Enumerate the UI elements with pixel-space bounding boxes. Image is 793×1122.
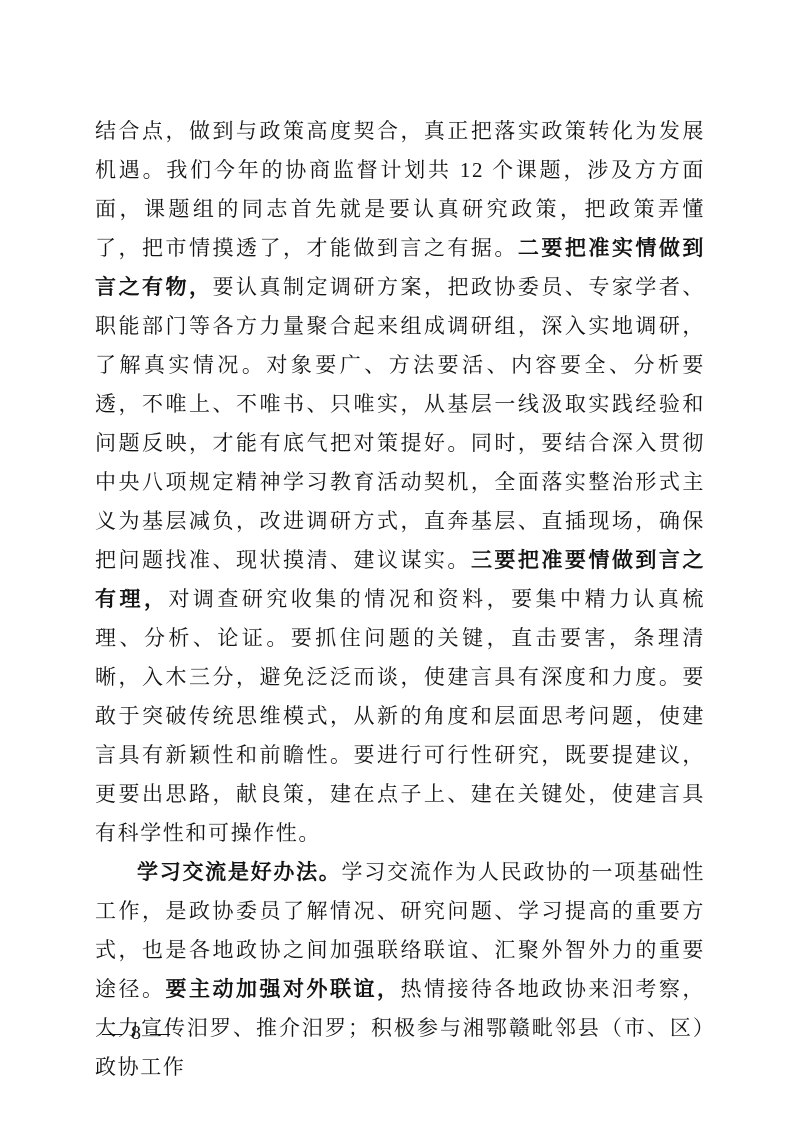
paragraph-learning-exchange: 学习交流是好办法。学习交流作为人民政协的一项基础性工作，是政协委员了解情况、研究… (95, 853, 705, 1087)
document-page: 结合点，做到与政策高度契合，真正把落实政策转化为发展机遇。我们今年的协商监督计划… (0, 0, 793, 1122)
document-body: 结合点，做到与政策高度契合，真正把落实政策转化为发展机遇。我们今年的协商监督计划… (95, 112, 705, 1087)
emphasis-text: 要主动加强对外联谊， (166, 977, 401, 1001)
paragraph-continuation: 结合点，做到与政策高度契合，真正把落实政策转化为发展机遇。我们今年的协商监督计划… (95, 112, 705, 853)
page-number: — 8 — (102, 1020, 172, 1046)
body-text: 要认真制定调研方案，把政协委员、专家学者、职能部门等各方力量聚合起来组成调研组，… (95, 275, 705, 572)
emphasis-text: 学习交流是好办法。 (137, 860, 342, 884)
body-text: 对调查研究收集的情况和资料，要集中精力认真梳理、分析、论证。要抓住问题的关键，直… (95, 587, 705, 845)
